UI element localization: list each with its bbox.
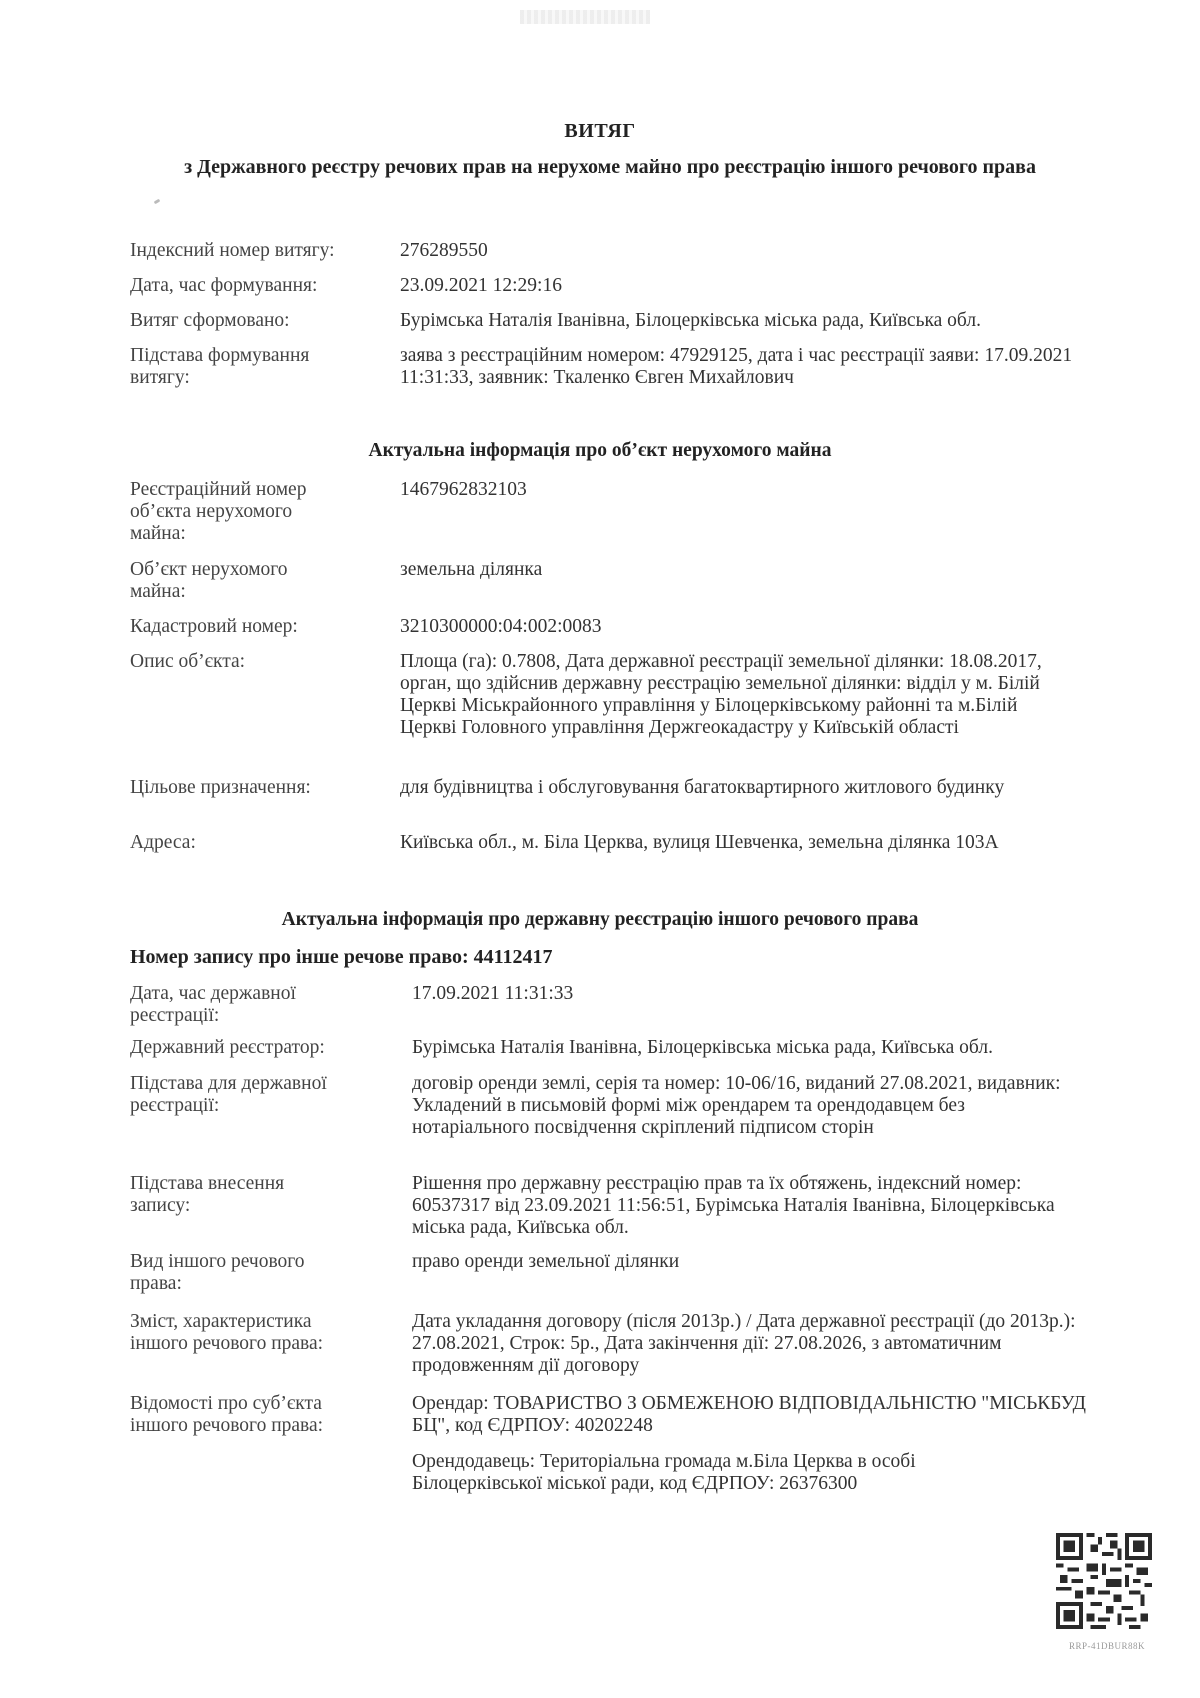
field-label: Вид іншого речового права:	[130, 1251, 330, 1295]
field-label: Індексний номер витягу:	[130, 240, 390, 262]
faint-stamp	[520, 10, 650, 24]
field-value: 17.09.2021 11:31:33	[412, 983, 1132, 1005]
field-label: Дата, час державної реєстрації:	[130, 983, 340, 1027]
field-label: Кадастровий номер:	[130, 616, 390, 638]
field-value: Бурімська Наталія Іванівна, Білоцерківсь…	[400, 310, 1140, 332]
field-label: Об’єкт нерухомого майна:	[130, 559, 330, 603]
record-number-heading: Номер запису про інше речове право: 4411…	[130, 946, 553, 969]
field-label: Цільове призначення:	[130, 777, 390, 799]
field-label: Підстава формування витягу:	[130, 345, 350, 389]
field-label: Підстава внесення запису:	[130, 1173, 330, 1217]
qr-code-icon	[1056, 1533, 1152, 1629]
field-value: Київська обл., м. Біла Церква, вулиця Ше…	[400, 832, 1050, 854]
field-value: Орендар: ТОВАРИСТВО З ОБМЕЖЕНОЮ ВІДПОВІД…	[412, 1393, 1092, 1437]
qr-code-label: RRP-41DBUR88K	[1052, 1641, 1162, 1651]
section-heading-property: Актуальна інформація про об’єкт нерухомо…	[0, 440, 1200, 462]
field-label: Адреса:	[130, 832, 390, 854]
field-value: 1467962832103	[400, 479, 1120, 501]
field-label: Підстава для державної реєстрації:	[130, 1073, 370, 1117]
field-value: Бурімська Наталія Іванівна, Білоцерківсь…	[412, 1037, 1142, 1059]
field-value: Рішення про державну реєстрацію прав та …	[412, 1173, 1082, 1239]
field-value: 3210300000:04:002:0083	[400, 616, 1120, 638]
field-label: Державний реєстратор:	[130, 1037, 400, 1059]
field-value: договір оренди землі, серія та номер: 10…	[412, 1073, 1082, 1139]
field-value: 276289550	[400, 240, 1120, 262]
field-value: для будівництва і обслуговування багаток…	[400, 777, 1060, 799]
scan-mark	[154, 199, 161, 205]
document-subtitle: з Державного реєстру речових прав на нер…	[150, 154, 1070, 180]
field-value: Площа (га): 0.7808, Дата державної реєст…	[400, 651, 1050, 739]
field-label: Реєстраційний номер об’єкта нерухомого м…	[130, 479, 330, 545]
field-value: 23.09.2021 12:29:16	[400, 275, 1120, 297]
field-label: Відомості про суб’єкта іншого речового п…	[130, 1393, 370, 1437]
field-label: Дата, час формування:	[130, 275, 390, 297]
field-value: Орендодавець: Територіальна громада м.Бі…	[412, 1451, 1032, 1495]
field-label: Опис об’єкта:	[130, 651, 390, 673]
section-heading-right: Актуальна інформація про державну реєстр…	[0, 909, 1200, 931]
field-label: Витяг сформовано:	[130, 310, 390, 332]
field-label: Зміст, характеристика іншого речового пр…	[130, 1311, 370, 1355]
field-value: заява з реєстраційним номером: 47929125,…	[400, 345, 1100, 389]
field-value: право оренди земельної ділянки	[412, 1251, 1132, 1273]
field-value: Дата укладання договору (після 2013р.) /…	[412, 1311, 1092, 1377]
document-title: ВИТЯГ	[0, 120, 1200, 143]
field-value: земельна ділянка	[400, 559, 1120, 581]
